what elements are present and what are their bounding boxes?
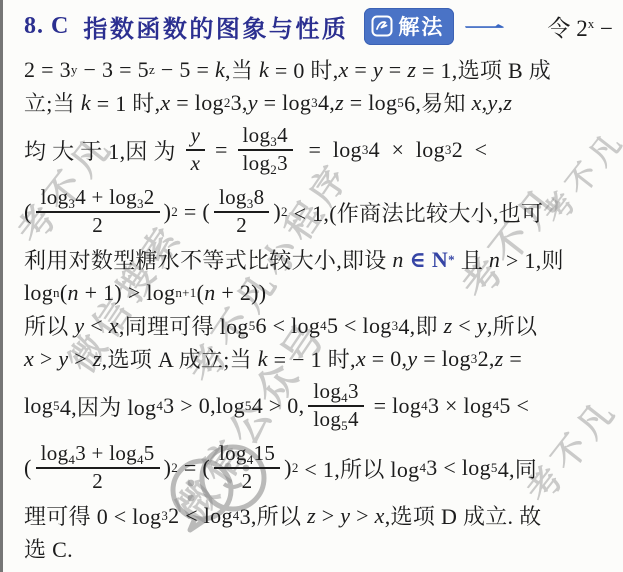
math-text: 立;当 bbox=[24, 87, 81, 118]
math-text: > bbox=[316, 503, 340, 529]
math-text: > bbox=[34, 346, 58, 372]
fraction: yx bbox=[186, 124, 206, 175]
math-text: 均 大 于 1,因 为 bbox=[24, 135, 182, 166]
math-text: log bbox=[313, 407, 341, 431]
math-text: ,当 bbox=[225, 54, 259, 85]
math-text: = log bbox=[344, 90, 397, 116]
math-variable: x bbox=[472, 90, 482, 116]
badge-label: 解法 bbox=[398, 11, 444, 41]
math-text: = log bbox=[368, 393, 421, 419]
math-text: 选 C. bbox=[24, 533, 73, 564]
math-text: + 2)) bbox=[216, 280, 267, 306]
math-text: 4 bbox=[348, 407, 359, 431]
math-variable: z bbox=[93, 346, 102, 372]
math-text: = 1,选项 B 成 bbox=[416, 54, 551, 85]
math-variable: k bbox=[259, 57, 269, 83]
math-text: 4 + log bbox=[75, 185, 137, 209]
math-text: 4 bbox=[137, 452, 144, 467]
fraction: log34 + log322 bbox=[36, 186, 160, 237]
math-text: log bbox=[219, 441, 247, 465]
method-one-dash: 一 bbox=[464, 9, 505, 44]
math-variable: z bbox=[503, 90, 512, 116]
fraction: log4152 bbox=[214, 442, 280, 493]
math-text: = ( bbox=[178, 199, 210, 225]
solution-line: (log43 + log452)2 = (log4152)2 < 1,所以 lo… bbox=[24, 437, 617, 499]
math-text: 令 2 bbox=[548, 16, 588, 41]
math-text: = bbox=[504, 346, 523, 372]
math-text: log bbox=[313, 379, 341, 403]
solution-header: 8. C 指数函数的图象与性质 解法 一 令 2x − bbox=[24, 8, 617, 45]
solution-intro-math: 令 2x − bbox=[548, 10, 613, 43]
fraction: log43 + log452 bbox=[36, 442, 160, 493]
math-text: ,选项 D 成立. 故 bbox=[385, 500, 542, 531]
math-text: 2 bbox=[144, 185, 155, 209]
math-text: ( bbox=[24, 199, 32, 225]
solution-content: 8. C 指数函数的图象与性质 解法 一 令 2x − 2 = 3y − 3 =… bbox=[0, 0, 623, 569]
math-text: = 1 时, bbox=[91, 87, 161, 118]
math-text: log bbox=[243, 151, 271, 175]
math-variable: z bbox=[495, 346, 504, 372]
math-variable: x bbox=[339, 57, 349, 83]
scanned-solution-page: 考不凡微信搜索考不凡小程序考不凡考不凡微信公众号考不凡 8. C 指数函数的图象… bbox=[0, 0, 623, 572]
math-text: − bbox=[594, 16, 613, 41]
math-text: = log bbox=[170, 90, 223, 116]
math-variable: y bbox=[191, 123, 201, 147]
math-text: > bbox=[350, 503, 374, 529]
solution-line: 利用对数型糖水不等式比较大小,即设 n ∈ N* 且 n > 1,则 bbox=[24, 243, 617, 276]
math-text: ( bbox=[24, 455, 32, 481]
math-text: ,同理可得 log bbox=[119, 310, 249, 341]
math-text: 4,同 bbox=[498, 453, 537, 484]
math-variable: y bbox=[340, 503, 350, 529]
math-variable: x bbox=[109, 313, 119, 339]
question-number: 8. C bbox=[24, 13, 69, 40]
math-text: 2 bbox=[236, 213, 247, 237]
math-text: 8 bbox=[254, 185, 265, 209]
math-text: log bbox=[24, 280, 53, 306]
solution-line: 所以 y < x,同理可得 log56 < log45 < log34,即 z … bbox=[24, 309, 617, 342]
math-text: 3 > 0,log bbox=[163, 393, 245, 419]
math-variable: x bbox=[356, 346, 366, 372]
math-text: 3,所以 bbox=[240, 500, 308, 531]
question-title: 指数函数的图象与性质 bbox=[83, 9, 348, 44]
math-variable: n bbox=[67, 280, 78, 306]
math-text: > bbox=[68, 346, 92, 372]
math-text: < bbox=[452, 313, 476, 339]
math-text: log bbox=[219, 185, 247, 209]
solution-line: log54,因为 log43 > 0,log54 > 0,log43log54 … bbox=[24, 375, 617, 437]
solution-line: (log34 + log322)2 = (log382)2 < 1,(作商法比较… bbox=[24, 181, 617, 243]
math-variable: y bbox=[74, 313, 84, 339]
math-variable: y bbox=[477, 313, 487, 339]
math-text: = bbox=[383, 57, 407, 83]
solution-line: x > y > z,选项 A 成立;当 k = − 1 时,x = 0,y = … bbox=[24, 342, 617, 375]
math-text: 2 < log bbox=[168, 503, 233, 529]
math-text: 3, bbox=[231, 90, 248, 116]
math-text: + 1) > log bbox=[79, 280, 176, 306]
solution-line: 2 = 3y − 3 = 5z − 5 = k,当 k = 0 时,x = y … bbox=[24, 53, 617, 86]
math-text: 6 < log bbox=[256, 313, 321, 339]
math-text: 4,即 bbox=[398, 310, 443, 341]
math-variable: y bbox=[248, 90, 258, 116]
math-variable: k bbox=[258, 346, 268, 372]
math-variable: n bbox=[204, 280, 215, 306]
math-text: 3 × log bbox=[428, 393, 493, 419]
solution-line: 均 大 于 1,因 为 yx = log34log23 = log34 × lo… bbox=[24, 119, 617, 181]
solution-body: 2 = 3y − 3 = 5z − 5 = k,当 k = 0 时,x = y … bbox=[24, 53, 617, 565]
math-text: ( bbox=[197, 280, 205, 306]
hand-writing-icon bbox=[371, 15, 393, 37]
math-text: 5 bbox=[341, 418, 348, 433]
math-text: 4 bbox=[247, 452, 254, 467]
solution-line: 立;当 k = 1 时,x = log23,y = log34,z = log5… bbox=[24, 86, 617, 119]
math-text: 5 bbox=[144, 441, 155, 465]
math-text: 3 bbox=[277, 151, 288, 175]
math-text: 且 bbox=[455, 244, 489, 275]
math-text: 理可得 0 < log bbox=[24, 500, 161, 531]
math-text: 2, bbox=[478, 346, 495, 372]
math-text: 2 = 3 bbox=[24, 57, 71, 83]
math-text: 2 bbox=[242, 469, 253, 493]
math-text: ,选项 A 成立;当 bbox=[102, 343, 258, 374]
math-text: 3 bbox=[247, 196, 254, 211]
math-variable: n bbox=[489, 247, 500, 273]
math-text: = log bbox=[417, 346, 470, 372]
math-variable: x bbox=[375, 503, 385, 529]
math-text: 利用对数型糖水不等式比较大小,即设 bbox=[24, 244, 392, 275]
math-text: log bbox=[243, 123, 271, 147]
math-text: − 3 = 5 bbox=[78, 57, 149, 83]
math-text: 3 bbox=[348, 379, 359, 403]
math-text: 4 > 0, bbox=[252, 393, 305, 419]
math-variable: z bbox=[444, 313, 453, 339]
math-text: = log bbox=[258, 90, 311, 116]
fraction: log382 bbox=[214, 186, 269, 237]
math-variable: k bbox=[215, 57, 225, 83]
math-text: = bbox=[209, 137, 233, 163]
math-text: 4,因为 log bbox=[60, 391, 157, 422]
math-variable: y bbox=[58, 346, 68, 372]
math-variable: y bbox=[487, 90, 497, 116]
math-text: ∈ N bbox=[404, 247, 448, 273]
math-variable: x bbox=[160, 90, 170, 116]
math-text: 5 < bbox=[499, 393, 529, 419]
math-text: = − 1 时, bbox=[268, 343, 356, 374]
math-text: ) bbox=[284, 455, 292, 481]
math-text: log bbox=[41, 185, 69, 209]
math-variable: y bbox=[373, 57, 383, 83]
solution-line: 选 C. bbox=[24, 532, 617, 565]
math-text: 4 bbox=[277, 123, 288, 147]
math-text: ) bbox=[164, 455, 172, 481]
math-variable: k bbox=[81, 90, 91, 116]
math-text: ) bbox=[164, 199, 172, 225]
math-text: 3 + log bbox=[75, 441, 137, 465]
math-text: 2 bbox=[92, 469, 103, 493]
math-text: < 1,所以 log bbox=[299, 453, 420, 484]
fraction: log34log23 bbox=[238, 124, 293, 175]
math-variable: y bbox=[407, 346, 417, 372]
math-text: ( bbox=[60, 280, 68, 306]
math-text: = 0 时, bbox=[269, 54, 339, 85]
math-text: 4, bbox=[318, 90, 335, 116]
math-variable: z bbox=[335, 90, 344, 116]
math-variable: x bbox=[24, 346, 34, 372]
math-text: ) bbox=[273, 199, 281, 225]
math-text: = ( bbox=[178, 455, 210, 481]
math-text: = 0, bbox=[366, 346, 407, 372]
math-text: 6,易知 bbox=[404, 87, 472, 118]
math-text: 3 bbox=[137, 196, 144, 211]
math-variable: x bbox=[191, 151, 201, 175]
math-text: log bbox=[24, 393, 53, 419]
fraction: log43log54 bbox=[308, 380, 363, 431]
math-text: 5 < log bbox=[327, 313, 392, 339]
math-text: 所以 bbox=[24, 310, 74, 341]
solution-line: 理可得 0 < log32 < log43,所以 z > y > x,选项 D … bbox=[24, 499, 617, 532]
math-text: = bbox=[349, 57, 373, 83]
math-text: = log bbox=[297, 137, 362, 163]
math-text: 2 < bbox=[452, 137, 488, 163]
solution-line: logn(n + 1) > logn+1(n + 2)) bbox=[24, 276, 617, 309]
math-text: 2 bbox=[92, 213, 103, 237]
math-text: 4 bbox=[341, 390, 348, 405]
math-variable: z bbox=[407, 57, 416, 83]
solution-method-badge: 解法 bbox=[364, 8, 454, 45]
math-text: ,所以 bbox=[487, 310, 537, 341]
math-text: 4 × log bbox=[369, 137, 445, 163]
math-text: − 5 = bbox=[155, 57, 215, 83]
math-text: < bbox=[84, 313, 108, 339]
math-text: log bbox=[41, 441, 69, 465]
math-text: < 1,(作商法比较大小,也可 bbox=[288, 197, 544, 228]
math-text: 15 bbox=[254, 441, 276, 465]
math-variable: z bbox=[307, 503, 316, 529]
math-variable: n bbox=[392, 247, 403, 273]
math-text: > 1,则 bbox=[500, 244, 564, 275]
math-text: 3 < log bbox=[426, 455, 491, 481]
